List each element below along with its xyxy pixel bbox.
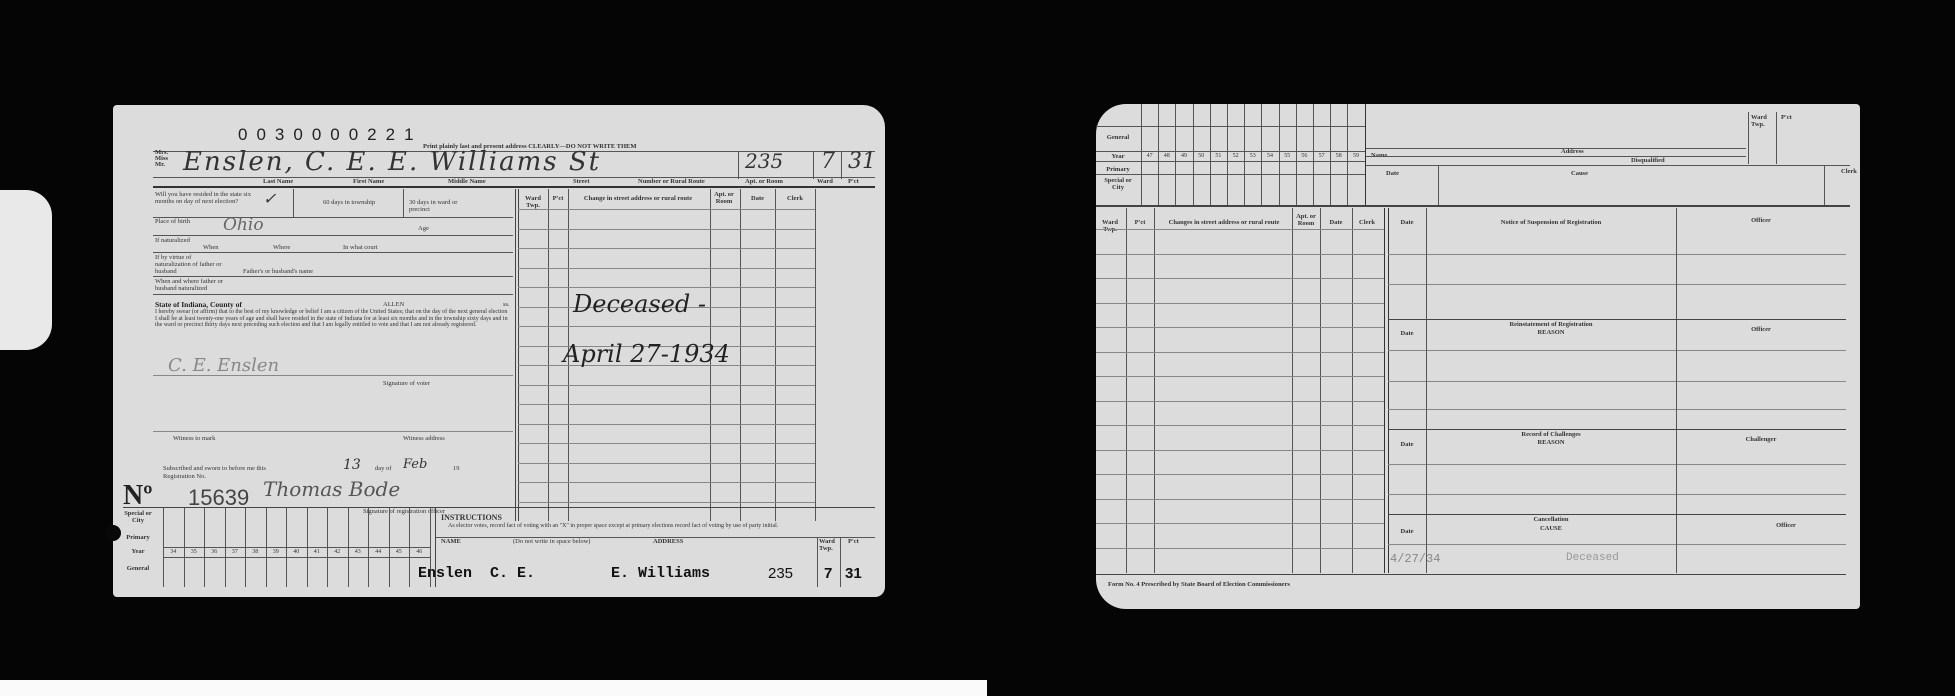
age-label: Age (418, 225, 429, 232)
label-first-name: First Name (353, 178, 384, 185)
grid-year-cell: 59 (1347, 153, 1364, 159)
footer-ward-label: Ward Twp. (819, 538, 839, 552)
grid-label-special: Special or City (118, 510, 158, 524)
suspension-officer-header: Officer (1676, 217, 1846, 224)
disqualified-date-label: Date (1386, 170, 1399, 177)
label-last-name: Last Name (263, 178, 293, 185)
scan-edge-strip (0, 680, 987, 696)
grid-year-cell: 53 (1244, 153, 1261, 159)
ward-days-label: 30 days in ward or precinct (409, 199, 469, 213)
grid-label-year: Year (1098, 153, 1138, 160)
scan-edge-artifact (0, 190, 52, 350)
when-label: When (203, 244, 219, 251)
grid-year-cell: 46 (409, 549, 430, 555)
label-pct: P'ct (848, 178, 859, 185)
cancellation-cause: Deceased (1566, 552, 1619, 564)
cancellation-officer-header: Officer (1746, 522, 1826, 529)
back-header-apt: Apt. or Room (1292, 213, 1320, 227)
cancellation-date-header: Date (1388, 528, 1426, 535)
instructions-title: INSTRUCTIONS (441, 514, 502, 521)
changes-header-clerk: Clerk (775, 195, 815, 202)
footer-pct-label: P'ct (848, 538, 859, 545)
form-footer: Form No. 4 Prescribed by State Board of … (1108, 581, 1290, 588)
grid-year-cell: 51 (1210, 153, 1227, 159)
handwritten-house-number: 235 (745, 149, 783, 173)
reinstatement-date-header: Date (1388, 330, 1426, 337)
residency-question: Will you have resided in the state six m… (155, 191, 265, 205)
changes-header-pct: P'ct (548, 195, 568, 202)
label-middle-name: Middle Name (448, 178, 486, 185)
subscribed-month: Feb (403, 457, 427, 472)
serial-number: 0030000221 (238, 125, 423, 145)
annotation-date: April 27-1934 (563, 340, 730, 368)
oath-ss: ss. (503, 301, 510, 308)
grid-year-cell: 36 (204, 549, 225, 555)
grid-year-cell: 45 (389, 549, 410, 555)
grid-year-cell: 41 (307, 549, 328, 555)
subscribed-day: 13 (343, 457, 361, 473)
footer-do-not-write: (Do not write in space below) (513, 538, 590, 545)
registration-card-front: 0030000221 Print plainly last and presen… (113, 105, 885, 597)
card-perforation-edge (1854, 104, 1868, 609)
oath-heading: State of Indiana, County of (155, 301, 242, 309)
grid-year-cell: 50 (1193, 153, 1210, 159)
year-prefix: 19 (453, 465, 460, 472)
grid-label-primary: Primary (1098, 166, 1138, 173)
grid-label-special: Special or City (1098, 177, 1138, 191)
reinstatement-officer-header: Officer (1676, 326, 1846, 333)
grid-label-primary: Primary (118, 534, 158, 541)
suspension-notice-header: Notice of Suspension of Registration (1426, 219, 1676, 226)
grid-year-cell: 39 (266, 549, 287, 555)
handwritten-name-address: Enslen, C. E. E. Williams St (183, 147, 601, 177)
witness-label: Witness to mark (173, 435, 215, 442)
pct-label: P'ct (1781, 114, 1792, 121)
challenges-reason-header: REASON (1426, 439, 1676, 446)
cancellation-title: Cancellation (1426, 516, 1676, 523)
address-label: Address (1561, 148, 1584, 155)
registration-no-label: Registration No. (163, 473, 206, 480)
label-street: Street (573, 178, 589, 185)
back-header-date: Date (1320, 219, 1352, 226)
grid-year-cell: 49 (1175, 153, 1192, 159)
court-label: In what court (343, 244, 378, 251)
suspension-date-header: Date (1388, 219, 1426, 226)
back-header-address: Changes in street address or rural route (1154, 219, 1294, 226)
oath-text: I hereby swear (or affirm) that to the b… (155, 309, 510, 329)
grid-year-cell: 58 (1330, 153, 1347, 159)
county-value: ALLEN (383, 301, 404, 308)
grid-year-cell: 43 (348, 549, 369, 555)
naturalized-label: If naturalized (155, 237, 195, 244)
grid-year-cell: 47 (1141, 153, 1158, 159)
label-ward: Ward (817, 178, 833, 185)
by-virtue-label: If by virtue of naturalization of father… (155, 254, 225, 275)
grid-year-cell: 52 (1227, 153, 1244, 159)
back-header-clerk: Clerk (1352, 219, 1382, 226)
ward-label: Ward Twp. (1751, 114, 1773, 128)
changes-header-address: Change in street address or rural route (568, 195, 708, 202)
label-number-route: Number or Rural Route (638, 178, 705, 185)
grid-year-cell: 56 (1296, 153, 1313, 159)
typed-number: 235 (768, 565, 793, 582)
where-label: Where (273, 244, 290, 251)
instructions-text: As elector votes, record fact of voting … (448, 523, 878, 530)
township-days-label: 60 days in township (323, 199, 383, 206)
prefix-labels: Mrs. Miss Mr. (155, 150, 168, 168)
grid-year-cell: 40 (286, 549, 307, 555)
handwritten-precinct: 31 (848, 149, 876, 174)
registration-card-back: 47484950515253545556575859 General Year … (1096, 104, 1860, 609)
challenger-header: Challenger (1676, 436, 1846, 443)
cause-label: Cause (1571, 170, 1588, 177)
card-perforation-edge (105, 105, 119, 597)
reinstatement-reason-header: REASON (1426, 329, 1676, 336)
officer-signature: Thomas Bode (263, 477, 400, 501)
grid-year-cell: 55 (1279, 153, 1296, 159)
typed-ward: 7 (824, 565, 832, 582)
annotation-deceased: Deceased - (573, 290, 706, 318)
grid-year-cell: 37 (225, 549, 246, 555)
typed-pct: 31 (845, 565, 862, 582)
grid-year-cell: 38 (245, 549, 266, 555)
typed-address: E. Williams (611, 565, 710, 582)
fathers-name-label: Father's or husband's name (243, 268, 313, 275)
place-of-birth-value: Ohio (223, 215, 264, 235)
cancellation-cause-header: CAUSE (1426, 525, 1676, 532)
grid-year-cell: 54 (1261, 153, 1278, 159)
challenges-date-header: Date (1388, 441, 1426, 448)
reinstatement-title: Reinstatement of Registration (1426, 321, 1676, 328)
signature-of-voter-label: Signature of voter (383, 380, 430, 387)
residency-answer: ✓ (263, 189, 276, 208)
grid-year-cell: 35 (184, 549, 205, 555)
officer-signature-label: Signature of registration officer (363, 508, 445, 515)
challenges-title: Record of Challenges (1426, 431, 1676, 438)
father-naturalized-label: When and where father or husband natural… (155, 278, 240, 292)
changes-header-apt: Apt. or Room (710, 191, 738, 205)
footer-address-label: ADDRESS (653, 538, 683, 545)
grid-year-cell: 48 (1158, 153, 1175, 159)
back-header-ward: Ward Twp. (1096, 219, 1124, 233)
cancellation-date: 4/27/34 (1390, 552, 1440, 566)
back-header-pct: P'ct (1126, 219, 1154, 226)
disqualified-label: Disqualified (1631, 157, 1665, 164)
grid-year-cell: 42 (327, 549, 348, 555)
label-apt-room: Apt. or Room (745, 178, 783, 185)
grid-label-general: General (1098, 134, 1138, 141)
place-of-birth-label: Place of birth (155, 218, 195, 225)
grid-label-general: General (118, 565, 158, 572)
witness-address-label: Witness address (403, 435, 445, 442)
voter-signature: C. E. Enslen (168, 355, 279, 376)
footer-name-label: NAME (441, 538, 461, 545)
subscribed-label: Subscribed and sworn to before me this (163, 465, 266, 472)
changes-header-date: Date (740, 195, 775, 202)
typed-name: Enslen C. E. (418, 565, 535, 582)
disqualified-clerk-label: Clerk (1841, 168, 1857, 175)
changes-header-ward: Ward Twp. (518, 195, 548, 209)
grid-label-year: Year (118, 548, 158, 555)
grid-year-cell: 57 (1313, 153, 1330, 159)
day-of-label: day of (375, 465, 391, 472)
handwritten-ward: 7 (821, 149, 835, 174)
grid-year-cell: 34 (163, 549, 184, 555)
grid-year-cell: 44 (368, 549, 389, 555)
